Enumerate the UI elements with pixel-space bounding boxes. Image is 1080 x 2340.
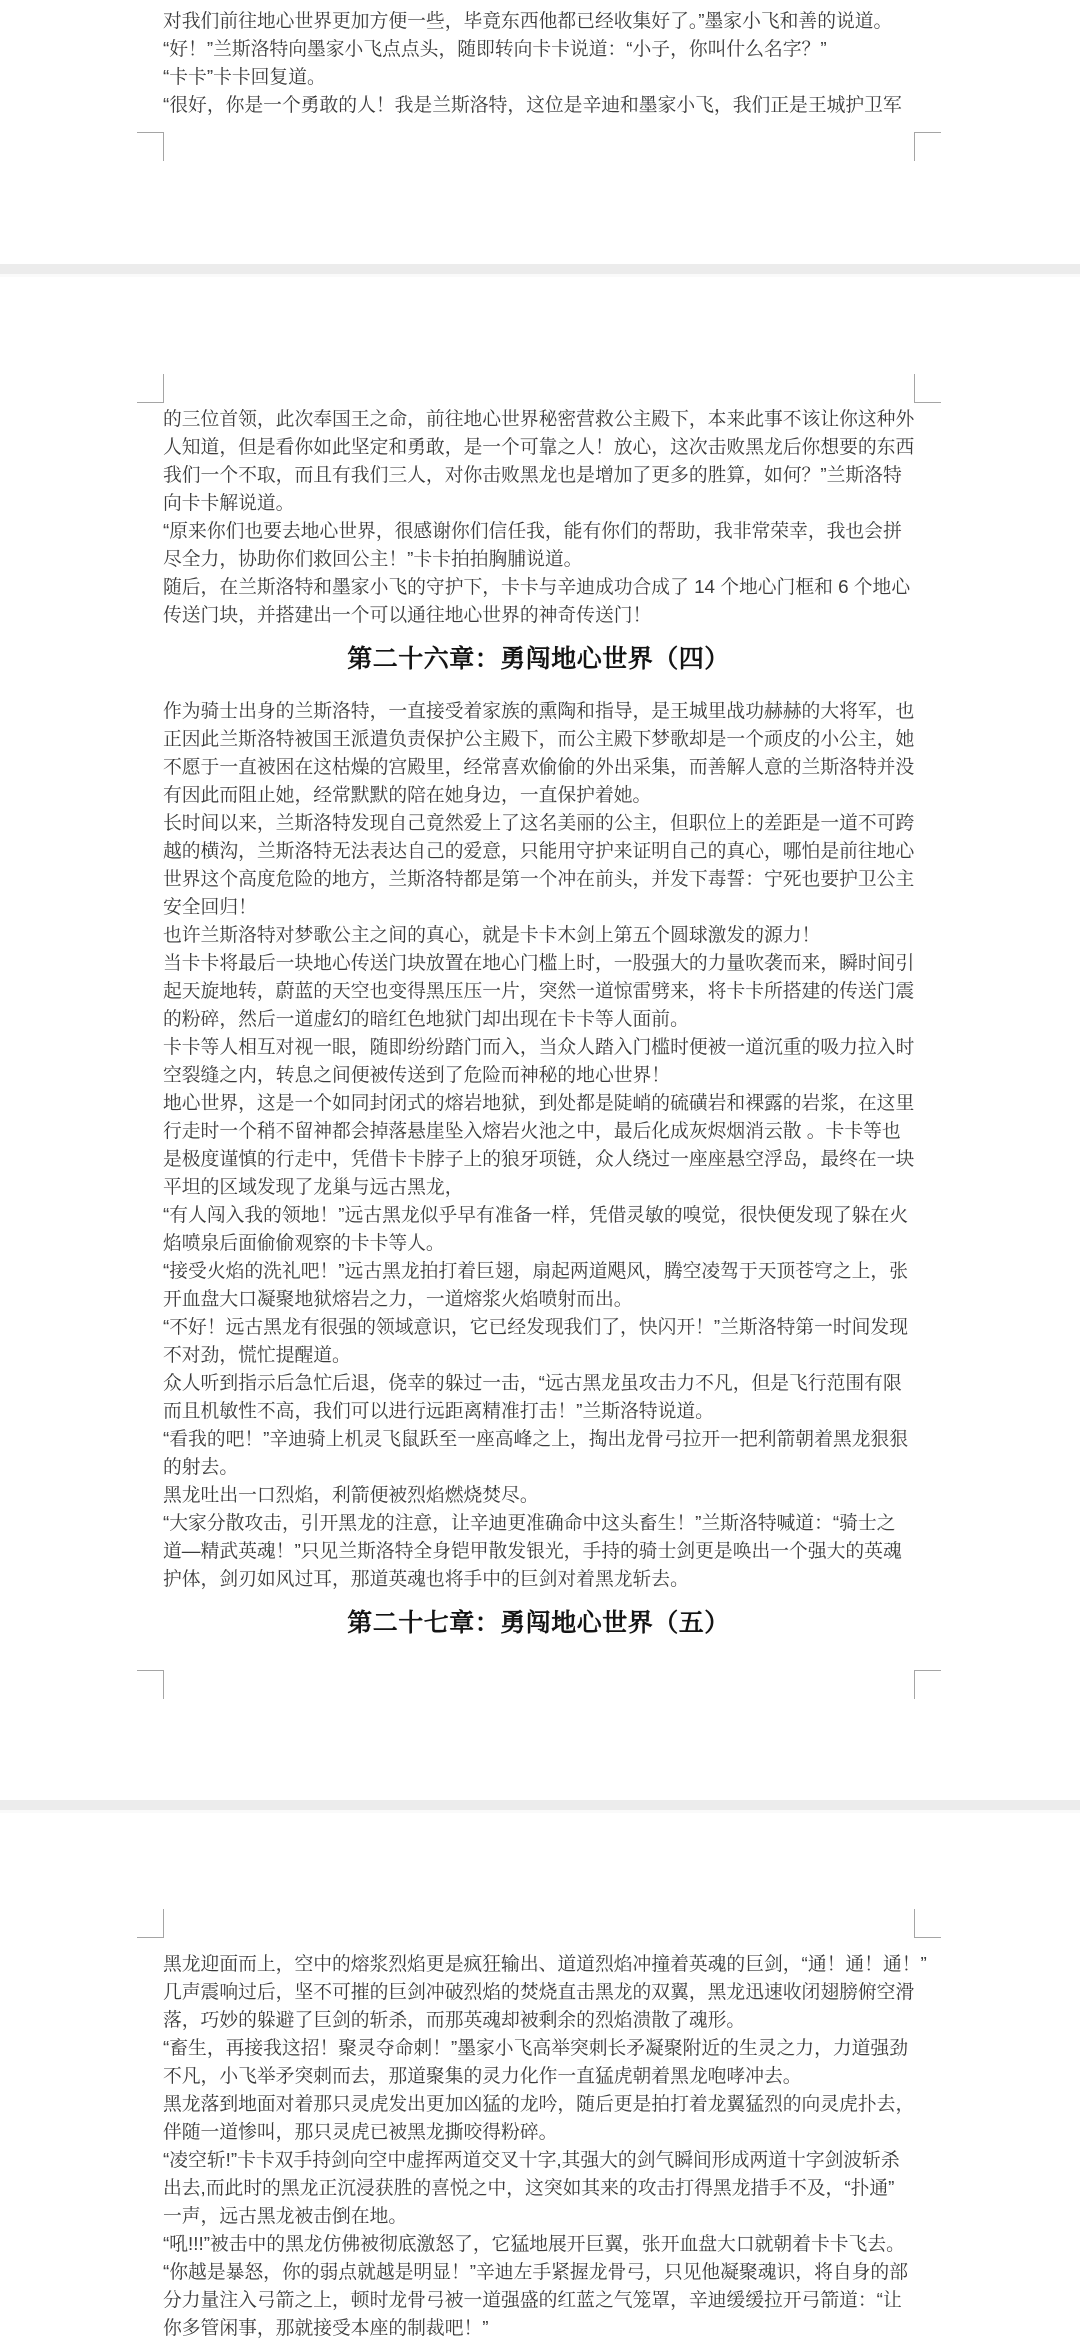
text-line: 你多管闲事，那就接受本座的制裁吧！” (163, 2314, 923, 2340)
text-line: 分力量注入弓箭之上，顿时龙骨弓被一道强盛的红蓝之气笼罩，辛迪缓缓拉开弓箭道：“让 (163, 2286, 923, 2314)
text-line: 我们一个不取，而且有我们三人，对你击败黑龙也是增加了更多的胜算，如何？”兰斯洛特 (163, 461, 923, 489)
page-separator (0, 1800, 1080, 1813)
text-line: 黑龙落到地面对着那只灵虎发出更加凶猛的龙吟，随后更是拍打着龙翼猛烈的向灵虎扑去， (163, 2090, 923, 2118)
text-line: “不好！远古黑龙有很强的领域意识，它已经发现我们了，快闪开！”兰斯洛特第一时间发… (163, 1313, 923, 1341)
text-line: 众人听到指示后急忙后退，侥幸的躲过一击，“远古黑龙虽攻击力不凡，但是飞行范围有限 (163, 1369, 923, 1397)
text-line: “你越是暴怒，你的弱点就越是明显！”辛迪左手紧握龙骨弓，只见他凝聚魂识，将自身的… (163, 2258, 923, 2286)
text-line: 落，巧妙的躲避了巨剑的斩杀，而那英魂却被剩余的烈焰溃散了魂形。 (163, 2006, 923, 2034)
text-line: 几声震响过后，坚不可摧的巨剑冲破烈焰的焚烧直击黑龙的双翼，黑龙迅速收闭翅膀俯空滑 (163, 1978, 923, 2006)
text-line: 对我们前往地心世界更加方便一些，毕竟东西他都已经收集好了。”墨家小飞和善的说道。 (163, 7, 923, 35)
chapter-26-heading: 第二十六章：勇闯地心世界（四） (163, 641, 914, 677)
page-corner-mark-bottom-right (914, 1670, 941, 1699)
text-line: 地心世界，这是一个如同封闭式的熔岩地狱，到处都是陡峭的硫磺岩和裸露的岩浆，在这里 (163, 1089, 923, 1117)
text-line: 人知道，但是看你如此坚定和勇敢，是一个可靠之人！放心，这次击败黑龙后你想要的东西 (163, 433, 923, 461)
text-line: “凌空斩!”卡卡双手持剑向空中虚挥两道交叉十字,其强大的剑气瞬间形成两道十字剑波… (163, 2146, 923, 2174)
text-line: 黑龙吐出一口烈焰，利箭便被烈焰燃烧焚尽。 (163, 1481, 923, 1509)
document-viewer[interactable]: 对我们前往地心世界更加方便一些，毕竟东西他都已经收集好了。”墨家小飞和善的说道。… (0, 0, 1080, 2340)
page-3-text: 黑龙迎面而上，空中的熔浆烈焰更是疯狂输出、道道烈焰冲撞着英魂的巨剑，“通！通！通… (163, 1950, 923, 2340)
text-line: 黑龙迎面而上，空中的熔浆烈焰更是疯狂输出、道道烈焰冲撞着英魂的巨剑，“通！通！通… (163, 1950, 923, 1978)
page-2-paragraphs-top: 的三位首领，此次奉国王之命，前往地心世界秘密营救公主殿下，本来此事不该让你这种外… (163, 405, 923, 629)
text-line: 随后，在兰斯洛特和墨家小飞的守护下，卡卡与辛迪成功合成了 14 个地心门框和 6… (163, 573, 923, 601)
page-1-text: 对我们前往地心世界更加方便一些，毕竟东西他都已经收集好了。”墨家小飞和善的说道。… (163, 7, 923, 119)
text-line: 越的横沟，兰斯洛特无法表达自己的爱意，只能用守护来证明自己的真心，哪怕是前往地心 (163, 837, 923, 865)
text-line: 也许兰斯洛特对梦歌公主之间的真心，就是卡卡木剑上第五个圆球激发的源力！ (163, 921, 923, 949)
text-line: 一声，远古黑龙被击倒在地。 (163, 2202, 923, 2230)
chapter-27-heading: 第二十七章：勇闯地心世界（五） (163, 1605, 914, 1641)
text-line: 不凡，小飞举矛突刺而去，那道聚集的灵力化作一直猛虎朝着黑龙咆哮冲去。 (163, 2062, 923, 2090)
text-line: 尽全力，协助你们救回公主！”卡卡拍拍胸脯说道。 (163, 545, 923, 573)
text-line: 平坦的区域发现了龙巢与远古黑龙， (163, 1173, 923, 1201)
text-line: 长时间以来，兰斯洛特发现自己竟然爱上了这名美丽的公主，但职位上的差距是一道不可跨 (163, 809, 923, 837)
page-2-paragraphs-mid: 作为骑士出身的兰斯洛特，一直接受着家族的熏陶和指导，是王城里战功赫赫的大将军，也… (163, 697, 923, 1593)
text-line: 不愿于一直被困在这枯燥的宫殿里，经常喜欢偷偷的外出采集，而善解人意的兰斯洛特并没 (163, 753, 923, 781)
text-line: 护体，剑刃如风过耳，那道英魂也将手中的巨剑对着黑龙斩去。 (163, 1565, 923, 1593)
page-corner-mark-bottom-left (137, 1670, 164, 1699)
text-line: 传送门块，并搭建出一个可以通往地心世界的神奇传送门！ (163, 601, 923, 629)
text-line: “看我的吧！”辛迪骑上机灵飞鼠跃至一座高峰之上，掏出龙骨弓拉开一把利箭朝着黑龙狠… (163, 1425, 923, 1453)
page-separator (0, 264, 1080, 277)
text-line: “很好，你是一个勇敢的人！我是兰斯洛特，这位是辛迪和墨家小飞，我们正是王城护卫军 (163, 91, 923, 119)
text-line: 道—精武英魂！”只见兰斯洛特全身铠甲散发银光，手持的骑士剑更是唤出一个强大的英魂 (163, 1537, 923, 1565)
page-2-text: 的三位首领，此次奉国王之命，前往地心世界秘密营救公主殿下，本来此事不该让你这种外… (163, 405, 923, 1661)
text-line: “吼!!!”被击中的黑龙仿佛被彻底激怒了，它猛地展开巨翼，张开血盘大口就朝着卡卡… (163, 2230, 923, 2258)
text-line: 正因此兰斯洛特被国王派遣负责保护公主殿下，而公主殿下梦歌却是一个顽皮的小公主，她 (163, 725, 923, 753)
text-line: 的射去。 (163, 1453, 923, 1481)
text-line: 的粉碎，然后一道虚幻的暗红色地狱门却出现在卡卡等人面前。 (163, 1005, 923, 1033)
text-line: 作为骑士出身的兰斯洛特，一直接受着家族的熏陶和指导，是王城里战功赫赫的大将军，也 (163, 697, 923, 725)
text-line: 的三位首领，此次奉国王之命，前往地心世界秘密营救公主殿下，本来此事不该让你这种外 (163, 405, 923, 433)
text-line: 世界这个高度危险的地方，兰斯洛特都是第一个冲在前头，并发下毒誓：宁死也要护卫公主 (163, 865, 923, 893)
text-line: 空裂缝之内，转息之间便被传送到了危险而神秘的地心世界！ (163, 1061, 923, 1089)
page-corner-mark-bottom-left (137, 132, 164, 161)
text-line: 行走时一个稍不留神都会掉落悬崖坠入熔岩火池之中，最后化成灰烬烟消云散 。卡卡等也 (163, 1117, 923, 1145)
page-corner-mark-top-right (914, 374, 941, 403)
text-line: “大家分散攻击，引开黑龙的注意，让辛迪更准确命中这头畜生！”兰斯洛特喊道：“骑士… (163, 1509, 923, 1537)
page-corner-mark-top-left (137, 1909, 164, 1938)
page-corner-mark-bottom-right (914, 132, 941, 161)
text-line: 伴随一道惨叫，那只灵虎已被黑龙撕咬得粉碎。 (163, 2118, 923, 2146)
text-line: 焰喷泉后面偷偷观察的卡卡等人。 (163, 1229, 923, 1257)
page-corner-mark-top-right (914, 1909, 941, 1938)
text-line: 出去,而此时的黑龙正沉浸获胜的喜悦之中，这突如其来的攻击打得黑龙措手不及，“扑通… (163, 2174, 923, 2202)
text-line: 向卡卡解说道。 (163, 489, 923, 517)
text-line: “畜生，再接我这招！聚灵夺命刺！”墨家小飞高举突刺长矛凝聚附近的生灵之力，力道强… (163, 2034, 923, 2062)
page-corner-mark-top-left (137, 374, 164, 403)
text-line: 不对劲，慌忙提醒道。 (163, 1341, 923, 1369)
text-line: 起天旋地转，蔚蓝的天空也变得黑压压一片，突然一道惊雷劈来，将卡卡所搭建的传送门震 (163, 977, 923, 1005)
text-line: 开血盘大口凝聚地狱熔岩之力，一道熔浆火焰喷射而出。 (163, 1285, 923, 1313)
text-line: “原来你们也要去地心世界，很感谢你们信任我，能有你们的帮助，我非常荣幸，我也会拼 (163, 517, 923, 545)
text-line: 而且机敏性不高，我们可以进行远距离精准打击！”兰斯洛特说道。 (163, 1397, 923, 1425)
text-line: “有人闯入我的领地！”远古黑龙似乎早有准备一样，凭借灵敏的嗅觉，很快便发现了躲在… (163, 1201, 923, 1229)
text-line: 当卡卡将最后一块地心传送门块放置在地心门槛上时，一股强大的力量吹袭而来，瞬时间引 (163, 949, 923, 977)
text-line: “接受火焰的洗礼吧！”远古黑龙拍打着巨翅，扇起两道飓风，腾空凌驾于天顶苍穹之上，… (163, 1257, 923, 1285)
text-line: “卡卡”卡卡回复道。 (163, 63, 923, 91)
text-line: 是极度谨慎的行走中，凭借卡卡脖子上的狼牙项链，众人绕过一座座悬空浮岛，最终在一块 (163, 1145, 923, 1173)
text-line: 有因此而阻止她，经常默默的陪在她身边，一直保护着她。 (163, 781, 923, 809)
text-line: 卡卡等人相互对视一眼，随即纷纷踏门而入，当众人踏入门槛时便被一道沉重的吸力拉入时 (163, 1033, 923, 1061)
text-line: 安全回归！ (163, 893, 923, 921)
text-line: “好！”兰斯洛特向墨家小飞点点头，随即转向卡卡说道：“小子，你叫什么名字？” (163, 35, 923, 63)
